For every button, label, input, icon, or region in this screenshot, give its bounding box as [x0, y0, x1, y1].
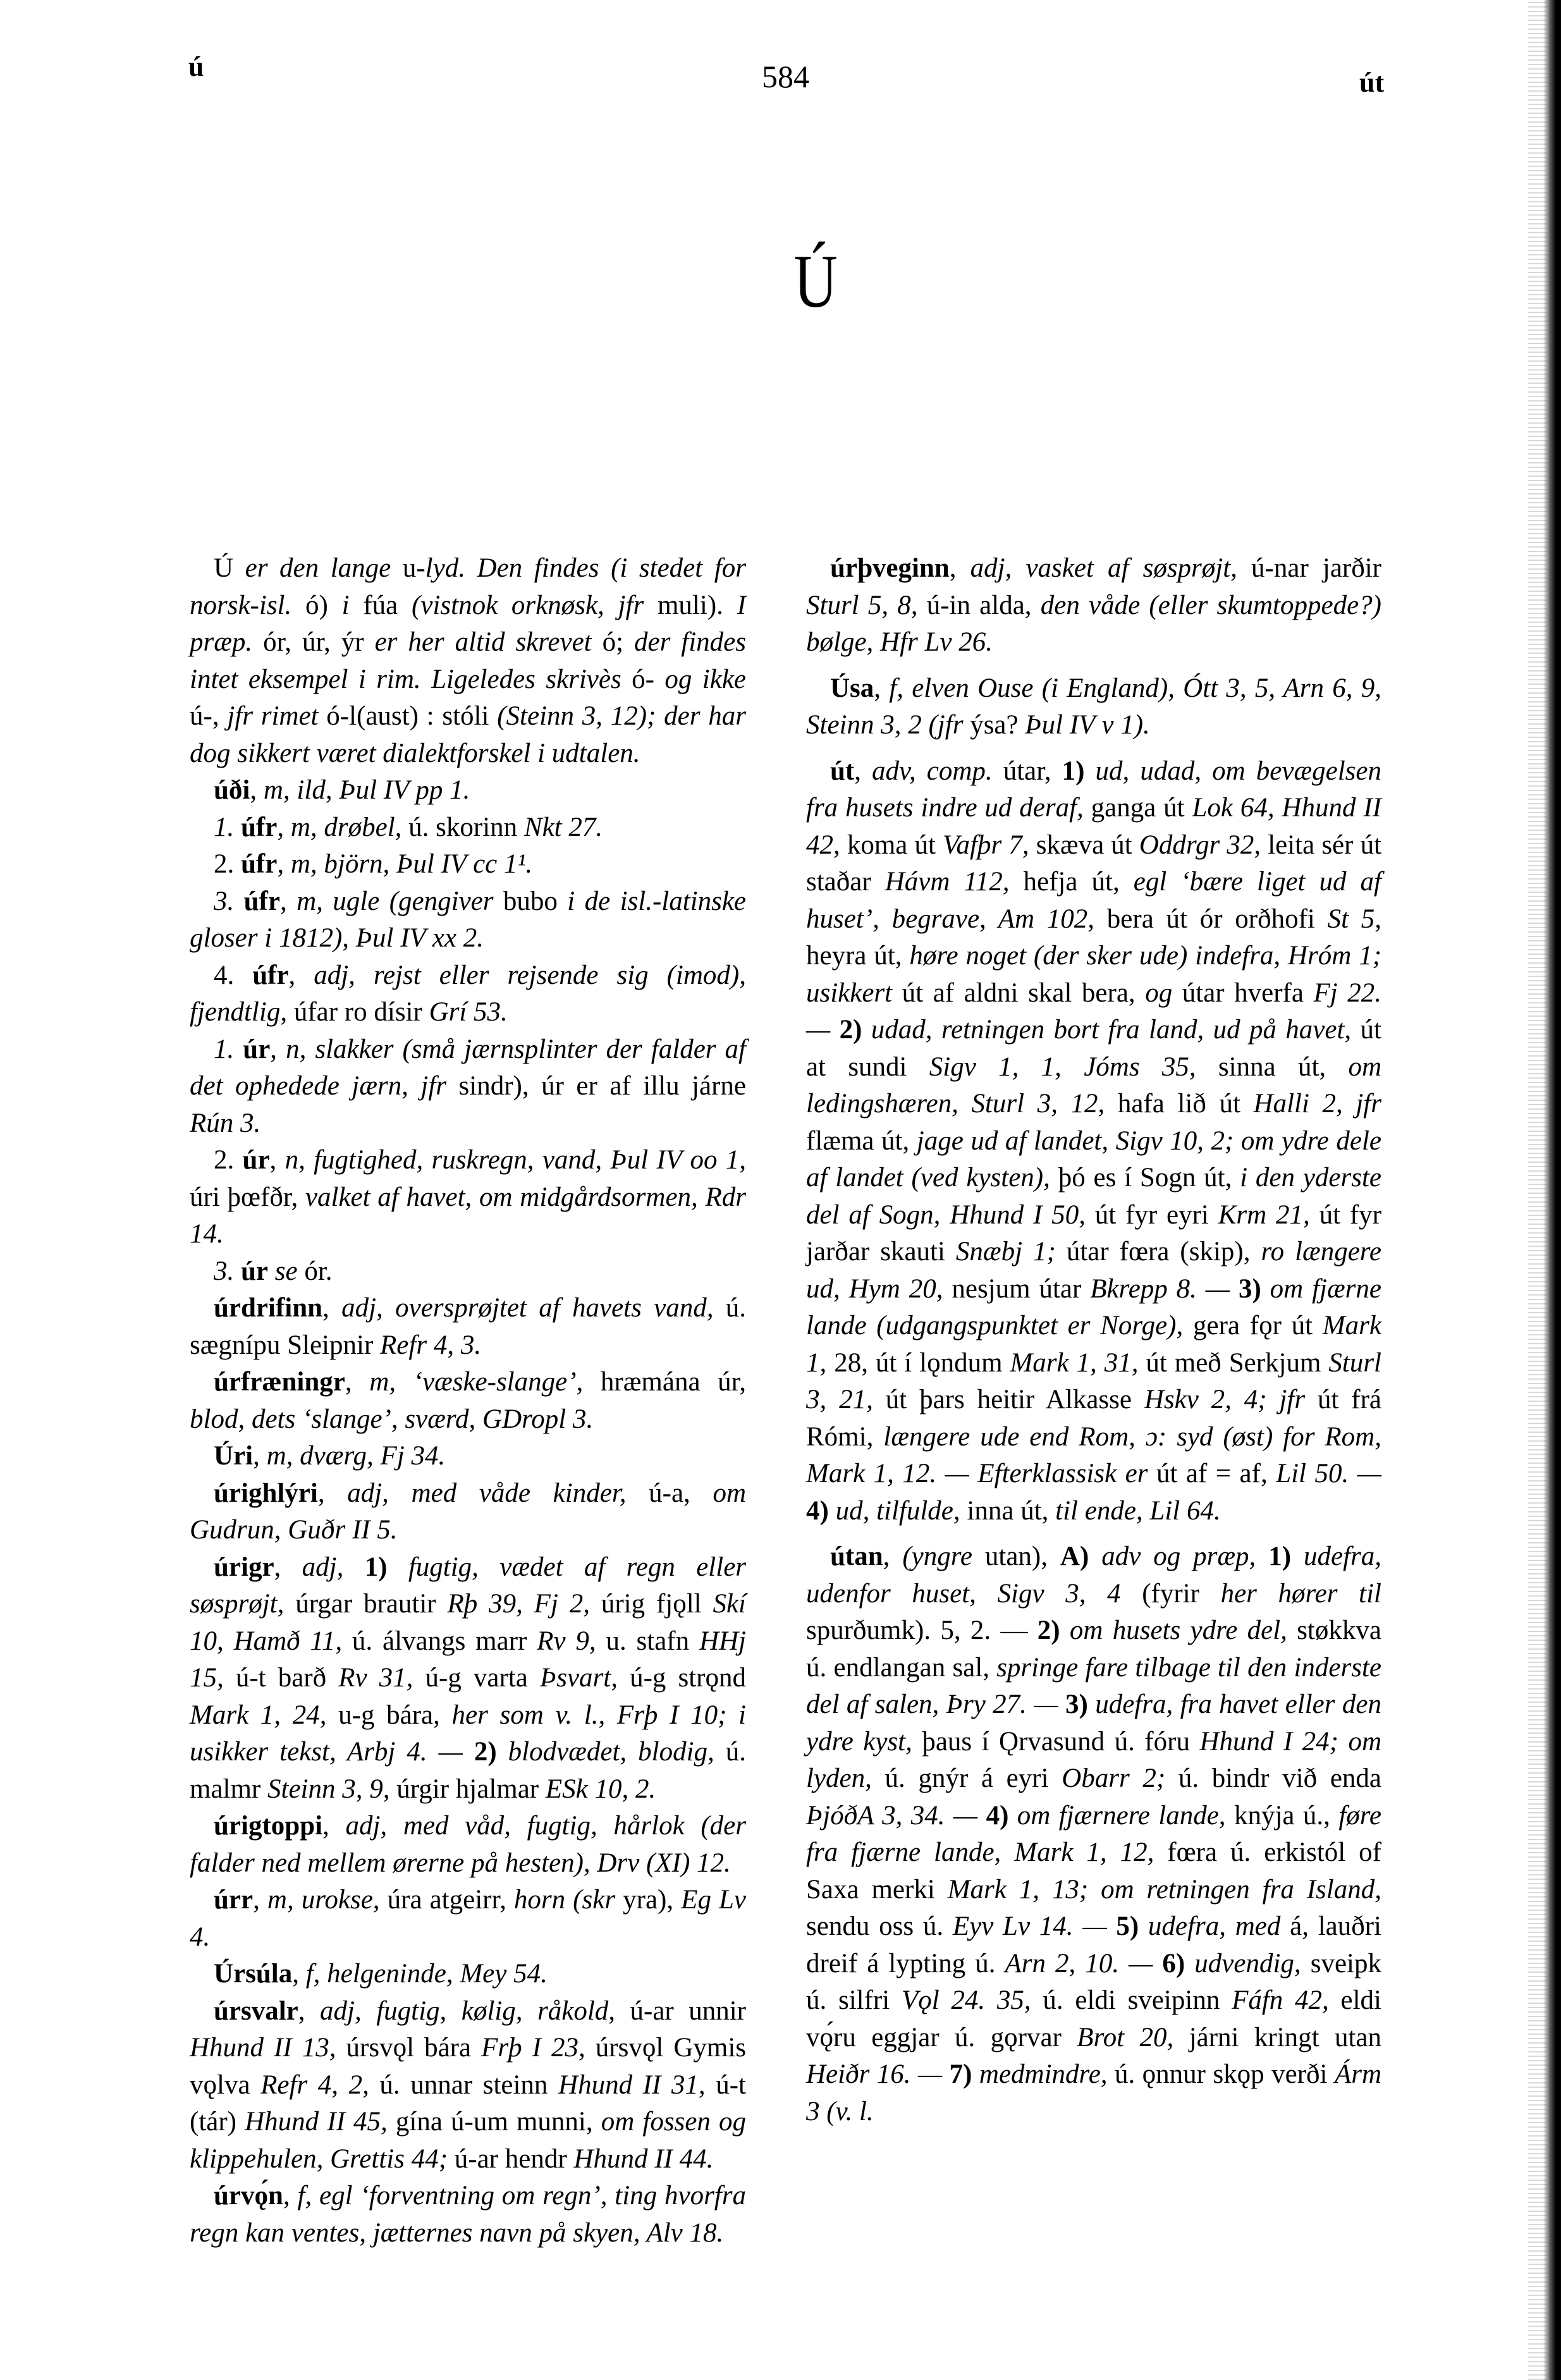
citation-text: knýja ú.,: [1234, 1801, 1338, 1831]
citation-text: ,: [289, 960, 314, 990]
gloss-text: m, urokse,: [267, 1885, 388, 1915]
citation-text: ,: [250, 775, 264, 805]
citation-text: ganga út: [1091, 793, 1192, 823]
gloss-text: 1.: [214, 1034, 243, 1064]
citation-text: ýsa?: [970, 710, 1025, 740]
citation-text: ó;: [603, 627, 634, 657]
citation-text: ú. eldi sveipinn: [1043, 1985, 1232, 2015]
headword: úrigr: [214, 1552, 274, 1582]
citation-text: út fyr eyri: [1095, 1200, 1218, 1230]
gloss-text: m, björn, Þul IV cc 1¹.: [291, 849, 532, 879]
gloss-text: m, dværg, Fj 34.: [267, 1441, 446, 1471]
gloss-text: Hávm 112,: [885, 867, 1024, 897]
gloss-text: blod, dets ‘slange’, sværd, GDropl 3.: [190, 1404, 593, 1434]
gloss-text: her hører til: [1221, 1579, 1381, 1609]
gloss-text: adv og præp,: [1101, 1542, 1268, 1571]
gloss-text: om fjærnere lande,: [1017, 1801, 1234, 1831]
citation-text: járni kringt utan: [1189, 2023, 1381, 2052]
citation-text: úrgir hjalmar: [396, 1774, 546, 1804]
left-guide-word: ú: [188, 51, 204, 83]
gloss-text: Oddrgr 32,: [1139, 830, 1268, 860]
gloss-text: Grí 53.: [429, 997, 508, 1027]
dictionary-entry: 1. úfr, m, drøbel, ú. skorinn Nkt 27.: [190, 809, 746, 847]
gloss-text: m, ugle (gengiver: [297, 886, 503, 916]
headword: Úsa: [830, 673, 874, 703]
gloss-text: om husets ydre del,: [1070, 1616, 1297, 1645]
citation-text: skæva út: [1036, 830, 1139, 860]
headword: útan: [830, 1542, 883, 1571]
gloss-text: Bkrepp 8. —: [1090, 1274, 1239, 1304]
citation-text: ó): [305, 591, 342, 620]
gloss-text: Rþ 39, Fj 2,: [447, 1589, 601, 1619]
gloss-text: Refr 4, 2,: [260, 2070, 379, 2100]
gloss-text: Hskv 2, 4; jfr: [1144, 1385, 1318, 1414]
citation-text: inna út,: [967, 1496, 1055, 1526]
citation-text: fúa: [363, 591, 412, 620]
gloss-text: Hhund II 45,: [245, 2107, 396, 2137]
dictionary-entry: úrvǫ́n, f, egl ‘forventning om regn’, ti…: [190, 2178, 746, 2252]
citation-text: ú-nar jarðir: [1251, 553, 1381, 583]
gloss-text: adj, vasket af søsprøjt,: [970, 553, 1251, 583]
gloss-text: medmindre,: [979, 2059, 1115, 2089]
dictionary-entry: 3. úfr, m, ugle (gengiver bubo i de isl.…: [190, 883, 746, 957]
citation-text: ú-,: [190, 701, 227, 731]
citation-text: bubo: [503, 886, 567, 916]
citation-text: úrgar brautir: [295, 1589, 447, 1619]
gloss-text: Fáfn 42,: [1232, 1985, 1340, 2015]
gloss-text: og: [1145, 978, 1182, 1008]
gloss-text: n, fugtighed, ruskregn, vand, Þul IV oo …: [285, 1145, 746, 1175]
right-column: úrþveginn, adj, vasket af søsprøjt, ú-na…: [806, 550, 1381, 2130]
citation-text: ú-a,: [649, 1478, 713, 1508]
headword: A): [1060, 1542, 1101, 1571]
citation-text: ,: [283, 2181, 298, 2211]
headword: úrþveginn: [830, 553, 950, 583]
citation-text: þó es í Sogn út,: [1058, 1163, 1240, 1193]
citation-text: úfar ro dísir: [294, 997, 429, 1027]
headword: 4): [806, 1496, 836, 1526]
citation-text: úrsvǫl bára: [346, 2033, 482, 2063]
citation-text: útar hverfa: [1182, 978, 1314, 1008]
headword: úr: [243, 1034, 270, 1064]
gloss-text: Sturl 5, 8,: [806, 591, 927, 620]
citation-text: nesjum útar: [952, 1274, 1090, 1304]
gloss-text: Vafþr 7,: [943, 830, 1036, 860]
dictionary-entry: 2. úfr, m, björn, Þul IV cc 1¹.: [190, 846, 746, 883]
citation-text: sendu oss ú.: [806, 1911, 953, 1941]
gloss-text: Þul IV v 1).: [1025, 710, 1149, 740]
citation-text: ú-in alda,: [927, 591, 1041, 620]
headword: úrighlýri: [214, 1478, 318, 1508]
gloss-text: horn (skr: [514, 1885, 623, 1915]
citation-text: 2.: [214, 849, 241, 879]
section-letter-heading: Ú: [790, 243, 841, 319]
dictionary-entry: 3. úr se ór.: [190, 1253, 746, 1291]
citation-text: spurðumk). 5, 2. —: [806, 1616, 1038, 1645]
citation-text: ,: [874, 673, 889, 703]
headword: úrsvalr: [214, 1996, 298, 2026]
citation-text: Ú: [214, 553, 245, 583]
citation-text: flæma út,: [806, 1126, 917, 1156]
headword: 1): [365, 1552, 408, 1582]
gloss-text: Mark 1, 31,: [1010, 1348, 1146, 1378]
citation-text: (fyrir: [1142, 1579, 1220, 1609]
citation-text: u. stafn: [606, 1626, 699, 1656]
gloss-text: Hhund II 13,: [190, 2033, 346, 2063]
dictionary-entry: úrsvalr, adj, fugtig, kølig, råkold, ú-a…: [190, 1993, 746, 2178]
headword: 3): [1239, 1274, 1270, 1304]
citation-text: gína ú-um munni,: [396, 2107, 601, 2137]
gloss-text: Mark 1, 13; om retningen fra Island,: [948, 1875, 1381, 1905]
gloss-text: Rv 9,: [537, 1626, 606, 1656]
headword: úrdrifinn: [214, 1293, 322, 1323]
gloss-text: Hhund II 31,: [558, 2070, 716, 2100]
citation-text: ú. gnýr á eyri: [885, 1764, 1062, 1793]
gloss-text: er her altid skrevet: [375, 627, 603, 657]
gloss-text: Vǫl 24. 35,: [902, 1985, 1043, 2015]
citation-text: ,: [322, 1811, 345, 1841]
citation-text: bera út ór orðhofi: [1107, 904, 1328, 934]
citation-text: úra atgeirr,: [388, 1885, 514, 1915]
headword: úfr: [252, 960, 288, 990]
citation-text: út af = af,: [1156, 1459, 1276, 1488]
headword: 5): [1116, 1911, 1148, 1941]
gloss-text: St 5,: [1328, 904, 1381, 934]
dictionary-entry: úrdrifinn, adj, oversprøjtet af havets v…: [190, 1290, 746, 1364]
gloss-text: Heiðr 16. —: [806, 2059, 950, 2089]
headword: úr: [241, 1256, 268, 1286]
gloss-text: Frþ I 23,: [481, 2033, 596, 2063]
citation-text: útar fœra (skip),: [1067, 1237, 1261, 1267]
citation-text: 2.: [214, 1145, 243, 1175]
page-edge-texture: [1528, 0, 1547, 2380]
headword: Úri: [214, 1441, 253, 1471]
citation-text: yra),: [623, 1885, 681, 1915]
citation-text: utan),: [985, 1542, 1060, 1571]
gloss-text: (vistnok orknøsk, jfr: [412, 591, 658, 620]
gloss-text: udefra, med: [1148, 1911, 1290, 1941]
dictionary-entry: Úri, m, dværg, Fj 34.: [190, 1438, 746, 1475]
gloss-text: Þsvart,: [540, 1663, 630, 1693]
citation-text: ú-t barð: [236, 1663, 338, 1693]
citation-text: ,: [854, 756, 872, 786]
citation-text: ú. unnar steinn: [379, 2070, 558, 2100]
citation-text: ,: [270, 1034, 286, 1064]
headword: 6): [1162, 1949, 1194, 1978]
gloss-text: til ende, Lil 64.: [1055, 1496, 1221, 1526]
gloss-text: Mark 1, 24,: [190, 1700, 338, 1730]
gloss-text: Rv 31,: [338, 1663, 425, 1693]
citation-text: þaus í Ǫrvasund ú. fóru: [922, 1727, 1199, 1757]
citation-text: ú-g strǫnd: [630, 1663, 746, 1693]
right-guide-word: út: [1359, 66, 1384, 99]
citation-text: ,: [270, 1145, 285, 1175]
gloss-text: (yngre: [902, 1542, 985, 1571]
headword: 7): [950, 2059, 979, 2089]
headword: 4): [986, 1801, 1017, 1831]
citation-text: ,: [318, 1478, 347, 1508]
headword: úfr: [241, 849, 277, 879]
citation-text: ,: [253, 1885, 267, 1915]
gloss-text: 3.: [214, 886, 244, 916]
citation-text: ,: [253, 1441, 267, 1471]
gloss-text: Hhund II 44.: [573, 2144, 713, 2174]
citation-text: ór, úr, ýr: [263, 627, 374, 657]
citation-text: ú. ǫnnur skǫp verði: [1115, 2059, 1335, 2089]
dictionary-entry: úrigr, adj, 1) fugtig, vædet af regn ell…: [190, 1549, 746, 1808]
citation-text: ,: [277, 849, 291, 879]
dictionary-entry: 2. úr, n, fugtighed, ruskregn, vand, Þul…: [190, 1142, 746, 1253]
gloss-text: Refr 4, 3.: [380, 1330, 481, 1360]
gloss-text: jfr rimet: [227, 701, 326, 731]
gloss-text: blodvædet, blodig,: [508, 1737, 726, 1767]
citation-text: ,: [292, 1959, 306, 1989]
gloss-text: adv, comp.: [872, 756, 1003, 786]
gloss-text: udvendig,: [1194, 1949, 1310, 1978]
citation-text: ú-ar hendr: [455, 2144, 574, 2174]
citation-text: muli).: [658, 591, 737, 620]
dictionary-entry: 1. úr, n, slakker (små jærnsplinter der …: [190, 1031, 746, 1143]
citation-text: gera fǫr út: [1193, 1311, 1323, 1340]
citation-text: ,: [298, 1996, 320, 2026]
gloss-text: m, drøbel,: [291, 813, 408, 842]
headword: Úrsúla: [214, 1959, 292, 1989]
headword: úr: [243, 1145, 270, 1175]
citation-text: heyra út,: [806, 941, 909, 971]
citation-text: ,: [883, 1542, 903, 1571]
gloss-text: er den lange: [245, 553, 403, 583]
gloss-text: ÞjóðA 3, 34. —: [806, 1801, 986, 1831]
citation-text: úri þœfðr,: [190, 1182, 305, 1212]
gloss-text: Rún 3.: [190, 1108, 260, 1138]
gloss-text: adj, med våde kinder,: [347, 1478, 649, 1508]
citation-text: 28, út í lǫndum: [834, 1348, 1010, 1378]
citation-text: ór.: [304, 1256, 332, 1286]
gloss-text: Lil 50. —: [1276, 1459, 1381, 1488]
dictionary-entry: útan, (yngre utan), A) adv og præp, 1) u…: [806, 1538, 1381, 2130]
citation-text: ú-ar unnir: [630, 1996, 746, 2026]
gloss-text: adj, fugtig, kølig, råkold,: [320, 1996, 630, 2026]
dictionary-entry: úði, m, ild, Þul IV pp 1.: [190, 772, 746, 809]
gloss-text: Sigv 1, 1, Jóms 35,: [929, 1052, 1218, 1082]
citation-text: hefja út,: [1024, 867, 1134, 897]
citation-text: u-g bára,: [338, 1700, 451, 1730]
dictionary-entry: úrþveginn, adj, vasket af søsprøjt, ú-na…: [806, 550, 1381, 661]
dictionary-entry: Úrsúla, f, helgeninde, Mey 54.: [190, 1956, 746, 1993]
citation-text: út þars heitir Alkasse: [886, 1385, 1144, 1414]
citation-text: hafa lið út: [1118, 1089, 1254, 1119]
headword: úrigtoppi: [214, 1811, 322, 1841]
gloss-text: Halli 2, jfr: [1254, 1089, 1381, 1119]
citation-text: u-: [403, 553, 425, 583]
dictionary-entry: úrigtoppi, adj, med våd, fugtig, hårlok …: [190, 1808, 746, 1882]
citation-text: útar,: [1003, 756, 1062, 786]
citation-text: sinna út,: [1218, 1052, 1349, 1082]
page-number: 584: [762, 58, 809, 95]
citation-text: ó-: [632, 665, 664, 694]
citation-text: ó-l(aust) : stóli: [326, 701, 497, 731]
citation-text: ú. bindr við enda: [1178, 1764, 1381, 1793]
dictionary-entry: úrfræningr, m, ‘væske-slange’, hræmána ú…: [190, 1364, 746, 1438]
gloss-text: Nkt 27.: [524, 813, 603, 842]
citation-text: ,: [950, 553, 970, 583]
gloss-text: Krm 21,: [1218, 1200, 1319, 1230]
citation-text: koma út: [847, 830, 943, 860]
headword: úrfræningr: [214, 1367, 345, 1397]
headword: 3): [1065, 1690, 1095, 1719]
dictionary-entry: Ú er den lange u-lyd. Den findes (i sted…: [190, 550, 746, 772]
citation-text: ú. álvangs marr: [352, 1626, 537, 1656]
gloss-text: Brot 20,: [1077, 2023, 1189, 2052]
gloss-text: f, helgeninde, Mey 54.: [306, 1959, 548, 1989]
citation-text: út með Serkjum: [1146, 1348, 1328, 1378]
citation-text: sindr), úr er af illu járne: [459, 1071, 746, 1101]
citation-text: hræmána úr,: [601, 1367, 746, 1397]
gloss-text: 1.: [214, 813, 241, 842]
gloss-text: ud, tilfulde,: [836, 1496, 967, 1526]
gloss-text: i: [342, 591, 364, 620]
gloss-text: adj, oversprøjtet af havets vand,: [341, 1293, 726, 1323]
gloss-text: Eyv Lv 14. —: [953, 1911, 1116, 1941]
gloss-text: m, ‘væske-slange’,: [369, 1367, 601, 1397]
dictionary-entry: 4. úfr, adj, rejst eller rejsende sig (i…: [190, 957, 746, 1031]
headword: 1): [1268, 1542, 1304, 1571]
citation-text: út af aldni skal bera,: [902, 978, 1146, 1008]
headword: út: [830, 756, 854, 786]
headword: úfr: [244, 886, 280, 916]
citation-text: [268, 1256, 275, 1286]
headword: úfr: [241, 813, 277, 842]
headword: 1): [1062, 756, 1096, 786]
gloss-text: Snæbj 1;: [956, 1237, 1067, 1267]
headword: úrvǫ́n: [214, 2181, 283, 2211]
headword: úði: [214, 775, 250, 805]
dictionary-entry: út, adv, comp. útar, 1) ud, udad, om bev…: [806, 753, 1381, 1530]
left-column: Ú er den lange u-lyd. Den findes (i sted…: [190, 550, 746, 2252]
gloss-text: og ikke: [664, 665, 746, 694]
citation-text: ,: [322, 1293, 341, 1323]
citation-text: ,: [345, 1367, 369, 1397]
dictionary-entry: úrighlýri, adj, med våde kinder, ú-a, om…: [190, 1475, 746, 1549]
citation-text: ,: [274, 1552, 302, 1582]
gloss-text: ESk 10, 2.: [546, 1774, 656, 1804]
citation-text: ú-g varta: [425, 1663, 540, 1693]
citation-text: ,: [277, 813, 291, 842]
gloss-text: se: [275, 1256, 305, 1286]
citation-text: ,: [280, 886, 297, 916]
dictionary-entry: úrr, m, urokse, úra atgeirr, horn (skr y…: [190, 1882, 746, 1956]
gloss-text: udad, retningen bort fra land, ud på hav…: [871, 1015, 1361, 1045]
headword: 2): [1038, 1616, 1070, 1645]
gloss-text: Obarr 2;: [1062, 1764, 1178, 1793]
citation-text: ú. skorinn: [408, 813, 524, 842]
citation-text: úrig fjǫll: [601, 1589, 713, 1619]
citation-text: 4.: [214, 960, 252, 990]
gloss-text: Steinn 3, 9,: [267, 1774, 396, 1804]
headword: 2): [474, 1737, 508, 1767]
gloss-text: Arn 2, 10. —: [1005, 1949, 1163, 1978]
headword: úrr: [214, 1885, 253, 1915]
gloss-text: 3.: [214, 1256, 241, 1286]
gloss-text: adj,: [302, 1552, 365, 1582]
dictionary-entry: Úsa, f, elven Ouse (i England), Ótt 3, 5…: [806, 670, 1381, 744]
headword: 2): [840, 1015, 871, 1045]
gloss-text: m, ild, Þul IV pp 1.: [264, 775, 470, 805]
